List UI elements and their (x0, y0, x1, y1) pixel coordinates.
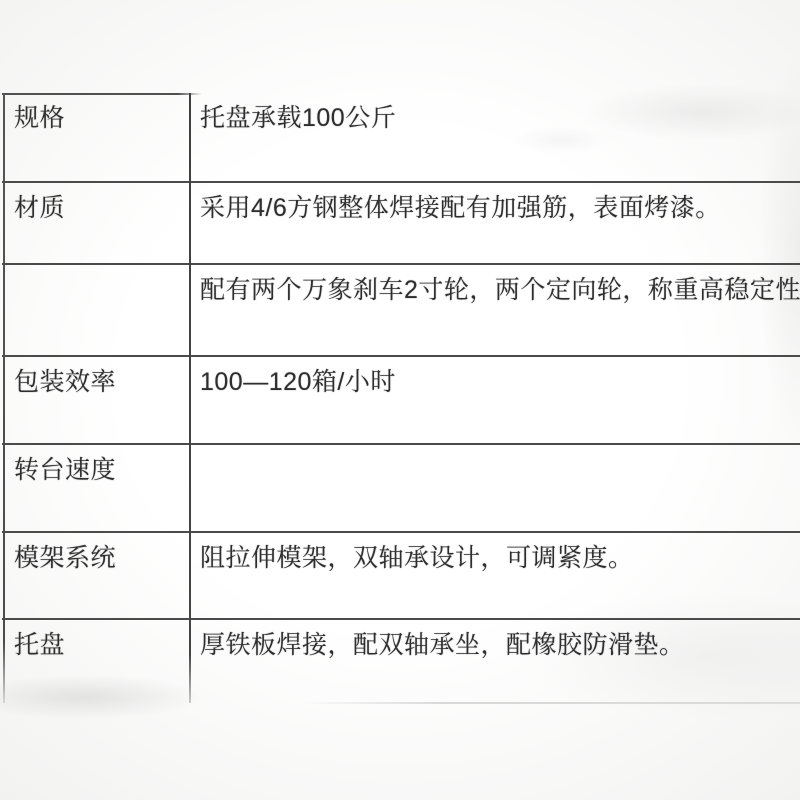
row-value: 托盘承载100公斤 (189, 93, 800, 181)
page: 规格 托盘承载100公斤 材质 采用4/6方钢整体焊接配有加强筋，表面烤漆。 配… (0, 0, 800, 800)
table-row-material: 材质 采用4/6方钢整体焊接配有加强筋，表面烤漆。 (2, 181, 800, 263)
table-top-border (2, 93, 202, 95)
row-value: 厚铁板焊接，配双轴承坐，配橡胶防滑垫。 (189, 620, 800, 703)
row-label (2, 265, 189, 355)
table-column-divider (189, 93, 191, 703)
table-row-packing-efficiency: 包装效率 100—120箱/小时 (2, 355, 800, 443)
table-row-film-carriage: 模架系统 阻拉伸模架，双轴承设计，可调紧度。 (2, 531, 800, 618)
table-row-specification: 规格 托盘承载100公斤 (2, 93, 800, 181)
table-left-border (3, 93, 5, 703)
row-value: 配有两个万象刹车2寸轮，两个定向轮，称重高稳定性好 (189, 265, 800, 355)
table-row-turntable-speed: 转台速度 (2, 443, 800, 531)
row-label: 规格 (2, 93, 189, 181)
row-value: 阻拉伸模架，双轴承设计，可调紧度。 (189, 533, 800, 618)
row-label: 托盘 (2, 620, 189, 703)
row-value: 100—120箱/小时 (189, 357, 800, 443)
row-label: 转台速度 (2, 445, 189, 531)
row-label: 材质 (2, 183, 189, 263)
row-label: 包装效率 (2, 357, 189, 443)
row-value (189, 445, 800, 531)
table-bottom-border (300, 702, 800, 704)
row-value: 采用4/6方钢整体焊接配有加强筋，表面烤漆。 (189, 183, 800, 263)
spec-table: 规格 托盘承载100公斤 材质 采用4/6方钢整体焊接配有加强筋，表面烤漆。 配… (2, 93, 800, 703)
table-row-pallet: 托盘 厚铁板焊接，配双轴承坐，配橡胶防滑垫。 (2, 618, 800, 703)
table-row-casters: 配有两个万象刹车2寸轮，两个定向轮，称重高稳定性好 (2, 263, 800, 355)
row-label: 模架系统 (2, 533, 189, 618)
